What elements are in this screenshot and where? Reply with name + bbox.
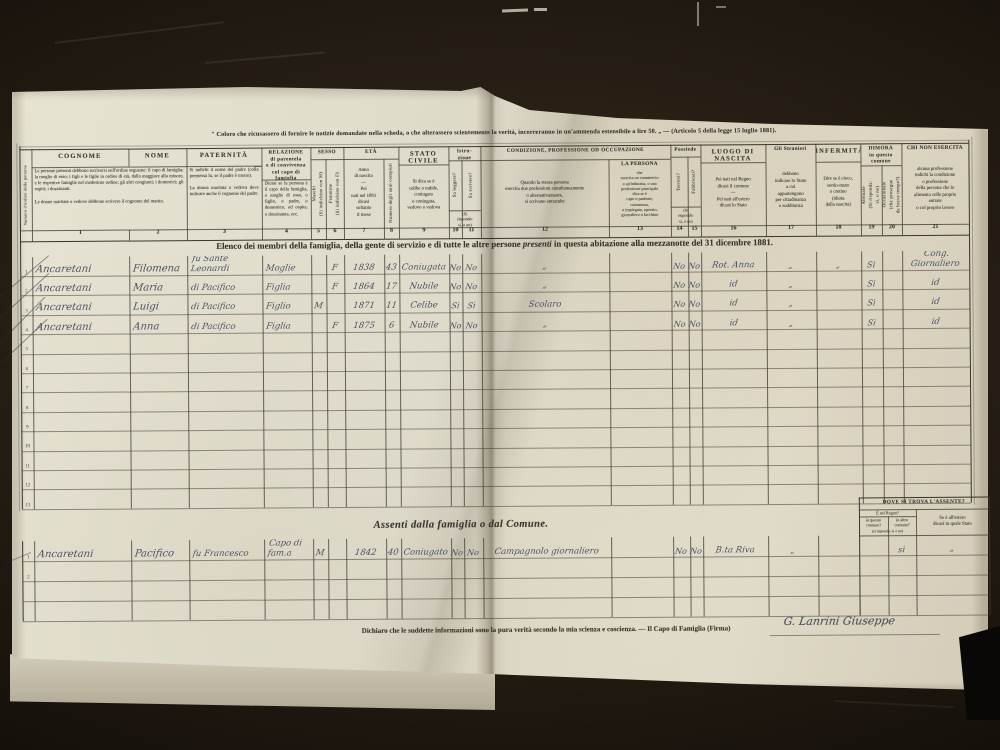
column-number: 3 [187, 229, 262, 241]
absent-row-cell-professione: Campagnolo giornaliero [482, 537, 613, 558]
row-cell-nome: Maria [128, 275, 189, 295]
cognome-title: COGNOME [31, 149, 128, 168]
absent-row-cell-cognome: Ancaretani [33, 541, 133, 562]
row-cell-abituale: Sì [860, 270, 884, 290]
table-line-h [22, 464, 971, 472]
row-cell-anno: 1838 [343, 254, 386, 274]
row-cell-persona [608, 291, 673, 311]
infermita-title: INFERMITÀ [815, 143, 860, 161]
assente-questo-comune: in questo comune? [859, 516, 888, 529]
row-cell-nome: Luigi [128, 294, 189, 314]
row-cell-stranieri: „ [765, 309, 818, 329]
sesso-femmine: Femmine (Si indichino con F) [325, 159, 343, 228]
table-line-h [21, 405, 970, 413]
absent-row-cell-altro: sì [887, 535, 918, 555]
condizione-title: CONDIZIONE, PROFESSIONE OD OCCUPAZIONE [480, 145, 670, 160]
relazione-note: Dicasi se la persona è il capo della fam… [262, 179, 311, 228]
row-cell-paternita: di Pacifico [186, 313, 264, 333]
la-persona-lead: LA PERSONA [608, 159, 670, 169]
column-number: 4 [262, 228, 311, 239]
absent-row-cell-stato: Coniugato [400, 538, 453, 558]
row-cell-nascita: id [700, 310, 768, 330]
row-cell-occasionale [881, 289, 904, 309]
chi-non-esercita-note: alcuna professione indichi la condizione… [901, 155, 968, 224]
row-cell-stranieri: „ [765, 290, 818, 310]
row-cell-paternita: di Pacifico [186, 275, 264, 295]
row-cell-nascita: id [700, 290, 768, 310]
row-cell-relazione: Figlia [261, 274, 313, 294]
table-line-h [22, 502, 971, 510]
absent-row-cell-nome: Pacifico [130, 540, 191, 560]
row-cell-anno: 1871 [343, 293, 386, 313]
table-line-h [22, 483, 971, 491]
assente-estero: Se è all'estero dicasi in quale Stato [916, 509, 989, 536]
row-cell-infermita [815, 270, 863, 290]
row-cell-num: 13 [22, 490, 34, 509]
stato-civile-title: STATO CIVILE [398, 146, 448, 164]
row-cell-nascita: Rot. Anna [700, 252, 768, 272]
table-line-h [22, 574, 989, 582]
paternita-title: PATERNITÀ [186, 148, 261, 167]
absent-row-cell-paternita: fu Francesco [188, 540, 266, 560]
absent-row-cell-relazione: Capo di fam.a [263, 539, 315, 559]
eta-anno-note: Anno di nascita — Pei nati nel 1881 dica… [343, 159, 383, 228]
sa-leggere-header: Sa leggere? [448, 160, 461, 210]
terreni-header: Terreni? [670, 157, 687, 207]
absent-row-cell-num [22, 581, 34, 601]
elenco-post: in questa abitazione alla mezzanotte del… [552, 237, 773, 249]
absent-row-cell-persona [610, 537, 675, 557]
luogo-nascita-title: LUOGO DI NASCITA [700, 144, 765, 162]
row-cell-paternita: di Pacifico [186, 294, 264, 314]
row-cell-anno: 1864 [343, 274, 386, 294]
row-cell-num: 5 [21, 334, 33, 353]
table-line-h [21, 386, 970, 394]
table-line-h [23, 594, 990, 602]
column-number: 2 [129, 229, 187, 240]
column-number: 1 [32, 230, 129, 242]
row-cell-stranieri: „ [765, 271, 818, 291]
row-cell-stranieri: „ [765, 251, 818, 271]
fabbricati-header: Fabbricati? [687, 157, 700, 207]
column-number: 21 [902, 224, 969, 235]
row-cell-cognome: Ancaretani [31, 314, 131, 334]
row-cell-nome: Filomena [128, 256, 189, 276]
row-cell-professione: Scolaro [480, 291, 611, 311]
row-cell-cognome: Ancaretani [31, 256, 131, 276]
row-cell-alimenta: id [901, 270, 971, 290]
absent-row-cell-nascita: B.ta Riva [702, 536, 770, 556]
column-number: 15 [688, 226, 701, 237]
row-cell-persona [608, 272, 673, 292]
row-cell-professione: „ [480, 272, 611, 292]
row-cell-professione: „ [480, 311, 611, 331]
eta-title: ETÀ [343, 147, 398, 159]
column-number: 5 [311, 228, 326, 239]
column-number: 17 [766, 225, 816, 236]
assente-altro-comune: in altro comune? [888, 516, 916, 529]
table-line-h [21, 367, 970, 375]
column-number: 20 [882, 224, 902, 235]
row-cell-cognome: Ancaretani [31, 275, 131, 295]
paternita-note: Si indichi il nome del padre (colla prem… [186, 166, 261, 230]
column-number: 12 [481, 226, 609, 238]
sesso-title: SESSO [310, 147, 343, 159]
stranieri-lead: Gli Stranieri [765, 144, 815, 158]
row-cell-infermita: „ [815, 251, 863, 271]
margin-column-header: Numero d'ordine delle persone [19, 149, 32, 241]
dimora-abituale: Abituale (Si risponda: sì, o no) [861, 165, 882, 224]
elenco-presenti-emphasis: presenti [523, 239, 552, 249]
row-cell-num: 7 [21, 373, 33, 392]
relazione-title: RELAZIONE di parentela e di convivenza c… [261, 147, 310, 179]
column-number: 8 [384, 228, 399, 239]
absent-row-cell-questo [858, 535, 890, 555]
row-cell-nascita: id [700, 271, 768, 291]
table-line-h [21, 425, 970, 433]
row-cell-num: 8 [21, 393, 33, 412]
row-cell-occasionale [881, 309, 904, 329]
chi-non-esercita-lead: CHI NON ESERCITA [901, 143, 968, 155]
condizione-col12-note: Quando la stessa persona esercita due pr… [480, 159, 608, 227]
row-cell-abituale: Sì [860, 290, 884, 310]
absent-row-cell-num: 2 [22, 561, 34, 581]
row-cell-relazione: Figlia [261, 313, 313, 333]
table-line-h [770, 633, 940, 635]
table-line-h [21, 444, 970, 452]
row-cell-infermita [815, 309, 863, 329]
row-cell-num: 11 [21, 451, 33, 470]
possiede-title: Possiede [670, 145, 700, 157]
sesso-maschi: Maschi (Si indichino con M) [310, 159, 325, 228]
row-cell-stato: Coniugata [398, 254, 451, 274]
dimora-occasionale: Occasionale (che prosegue da breve tempo… [882, 165, 902, 224]
istruzione-title: Istru- zione [448, 146, 480, 160]
row-cell-num: 12 [22, 470, 34, 489]
column-number: 14 [671, 226, 688, 237]
row-cell-num: 10 [21, 431, 33, 450]
sa-scrivere-header: Sa scrivere? [461, 160, 480, 210]
column-number: 6 [326, 228, 344, 239]
row-cell-alimenta: Cong. Giornaliero [901, 250, 971, 270]
eta-anni-compiuti: Numero degli anni compiuti [383, 159, 398, 228]
absent-row-cell-num [23, 601, 35, 621]
column-number: 19 [861, 224, 882, 235]
row-cell-stato: Nubile [398, 312, 451, 332]
possiede-nota: (Si risponde: sì, o no) [671, 207, 701, 226]
absent-row-cell-stranieri: „ [767, 536, 820, 556]
column-number: 7 [344, 228, 384, 239]
photo-scene: " Coloro che ricusassero di fornire le n… [0, 0, 1000, 750]
row-cell-cognome: Ancaretani [31, 295, 131, 315]
stranieri-note: debbono indicare lo Stato a cui apparten… [765, 158, 815, 225]
luogo-nascita-note: Pei nati nel Regno dicasi il comune — Pe… [700, 162, 765, 225]
row-cell-alimenta: id [901, 289, 971, 309]
row-cell-abituale: Sì [860, 309, 884, 329]
column-number: 16 [701, 225, 766, 236]
row-cell-occasionale [881, 270, 904, 290]
assente-box-title: DOVE SI TROVA L'ASSENTE? [859, 497, 989, 510]
table-line-h [21, 347, 970, 355]
column-number: 10 [449, 227, 462, 238]
istruzione-nota: (Si risponda: sì, o no) [449, 210, 481, 227]
stato-civile-note: Si dica se è celibe o nubile, coniugato … [398, 164, 448, 227]
row-cell-stato: Celibe [398, 293, 451, 313]
row-cell-professione: „ [480, 253, 611, 273]
row-cell-anno: 1875 [343, 312, 386, 332]
row-cell-occasionale [881, 251, 904, 271]
row-cell-relazione: Moglie [261, 255, 313, 275]
row-cell-relazione: Figlio [261, 294, 313, 314]
row-cell-persona [608, 252, 673, 272]
row-cell-abituale: Sì [860, 251, 884, 271]
census-form-content: " Coloro che ricusassero di fornire le n… [0, 0, 1000, 750]
cognome-note: Le persone presenti debbono iscriversi n… [32, 166, 187, 230]
row-cell-persona [608, 310, 673, 330]
column-number: 9 [399, 227, 449, 238]
absent-row-cell-anno: 1842 [345, 539, 388, 559]
row-cell-paternita: fu Sante Leonardi [186, 255, 264, 275]
legal-note: " Coloro che ricusassero di fornire le n… [19, 126, 968, 140]
infermita-note: Dire se è cieco, sordo-muto o cretino (i… [815, 161, 860, 224]
row-cell-num: 9 [21, 412, 33, 431]
row-cell-num: 6 [21, 354, 33, 373]
row-cell-stato: Nubile [398, 273, 451, 293]
row-cell-infermita [815, 290, 863, 310]
row-cell-nome: Anna [128, 314, 189, 334]
row-cell-alimenta: id [901, 308, 971, 328]
dimora-title: DIMORA in questo comune [860, 143, 901, 165]
column-number: 18 [816, 224, 861, 235]
absent-row-cell-estero: „ [915, 535, 991, 555]
column-number: 13 [609, 226, 671, 237]
section-title-assenti: Assenti dalla famiglia o dal Comune. [241, 518, 681, 532]
nome-title: NOME [128, 148, 186, 166]
column-number: 11 [462, 227, 481, 238]
la-persona-note: che esercita un commercio o un'industria… [609, 169, 671, 226]
